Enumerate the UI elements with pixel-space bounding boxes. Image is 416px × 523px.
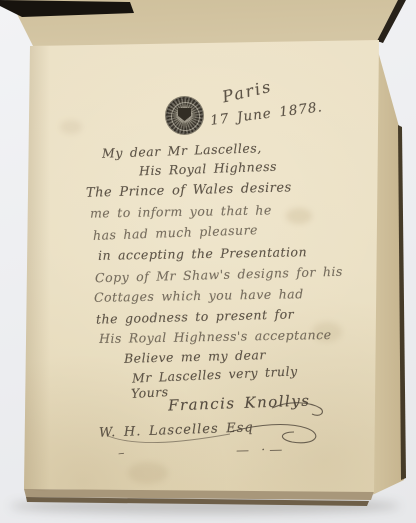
foxing-stain — [286, 208, 312, 224]
pen-dash-left: – — [117, 446, 125, 462]
body-line: me to inform you that he — [90, 204, 272, 220]
foxing-stain — [128, 462, 168, 484]
circular-armorial-seal-icon — [166, 97, 203, 134]
letter-page — [0, 0, 416, 523]
foxing-stain — [60, 120, 82, 134]
closing-line: Yours — [131, 386, 169, 400]
binding-gutter-shading — [24, 46, 50, 492]
photograph-of-open-album: Paris 17 June 1878. My dear Mr Lascelles… — [0, 0, 416, 523]
pen-dash-right: — ·— — [236, 443, 287, 459]
